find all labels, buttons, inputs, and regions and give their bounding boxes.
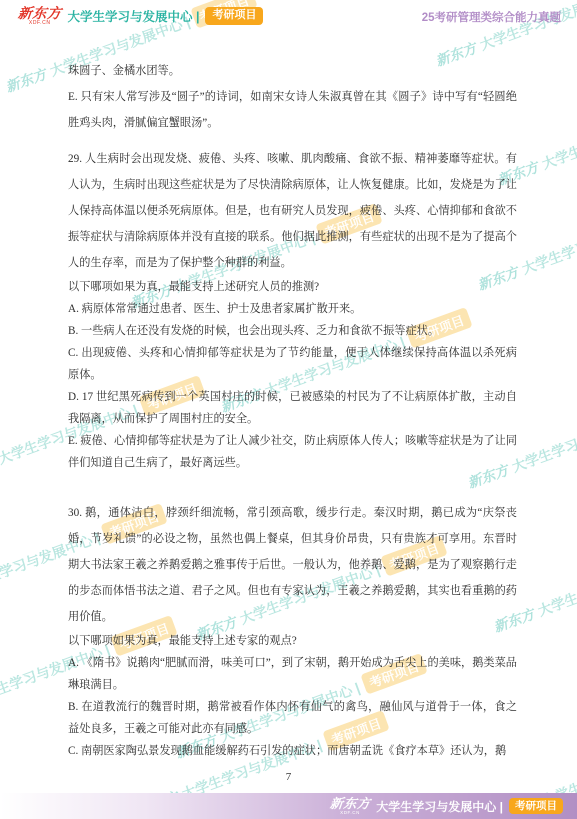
- footer-logo-domain-text: XDF.CN: [340, 811, 360, 816]
- question-29-option-d: D. 17 世纪黑死病传到一个英国村庄的时候，已被感染的村民为了不让病原体扩散，…: [68, 386, 517, 430]
- footer-brand: 新东方 XDF.CN 大学生学习与发展中心 | 考研项目: [330, 797, 563, 816]
- logo-wordmark: 新东方: [17, 6, 62, 20]
- footer-kaoyan-project-badge: 考研项目: [509, 798, 563, 814]
- question-29-option-a: A. 病原体常常通过患者、医生、护士及患者家属扩散开来。: [68, 298, 517, 320]
- footer-logo-wordmark: 新东方: [329, 797, 371, 810]
- kaoyan-project-badge: 考研项目: [205, 7, 263, 24]
- footer-center-name: 大学生学习与发展中心 |: [376, 798, 503, 815]
- center-name: 大学生学习与发展中心 |: [68, 7, 200, 25]
- brand: 新东方 XDF.CN 大学生学习与发展中心 | 考研项目: [18, 6, 263, 26]
- page-footer: 新东方 XDF.CN 大学生学习与发展中心 | 考研项目: [0, 793, 577, 819]
- exam-title: 25考研管理类综合能力真题: [422, 9, 561, 25]
- question-30-prompt: 以下哪项如果为真，最能支持上述专家的观点?: [68, 630, 517, 652]
- question-30-stem: 30. 鹅，通体洁白，脖颈纤细流畅，常引颈高歌，缓步行走。秦汉时期，鹅已成为“庆…: [68, 500, 517, 630]
- xdf-logo: 新东方 XDF.CN: [18, 6, 62, 26]
- previous-question-option-e: E. 只有宋人常写涉及“圆子”的诗词，如南宋女诗人朱淑真曾在其《圆子》诗中写有“…: [68, 84, 517, 136]
- question-29-option-b: B. 一些病人在还没有发烧的时候，也会出现头疼、乏力和食欲不振等症状。: [68, 320, 517, 342]
- exam-content: 珠圆子、金橘水团等。 E. 只有宋人常写涉及“圆子”的诗词，如南宋女诗人朱淑真曾…: [68, 58, 517, 762]
- question-30-option-c: C. 南朝医家陶弘景发现鹅血能缓解药石引发的症状；而唐朝孟诜《食疗本草》还认为，…: [68, 740, 517, 762]
- footer-xdf-logo: 新东方 XDF.CN: [330, 797, 371, 816]
- question-29-option-e: E. 疲倦、心情抑郁等症状是为了让人减少社交，防止病原体人传人；咳嗽等症状是为了…: [68, 430, 517, 474]
- logo-domain-text: XDF.CN: [29, 21, 51, 26]
- question-30-option-b: B. 在道教流行的魏晋时期，鹅常被看作体内怀有仙气的禽鸟，融仙风与道骨于一体，食…: [68, 696, 517, 740]
- question-29-prompt: 以下哪项如果为真，最能支持上述研究人员的推测?: [68, 276, 517, 298]
- question-30-option-a: A. 《隋书》说鹅肉“肥腻而滑，味美可口”，到了宋朝，鹅开始成为舌尖上的美味，鹅…: [68, 652, 517, 696]
- question-29-stem: 29. 人生病时会出现发烧、疲倦、头疼、咳嗽、肌肉酸痛、食欲不振、精神萎靡等症状…: [68, 146, 517, 276]
- page-number: 7: [0, 771, 577, 783]
- page-header: 新东方 XDF.CN 大学生学习与发展中心 | 考研项目 25考研管理类综合能力…: [18, 6, 561, 26]
- previous-question-continuation: 珠圆子、金橘水团等。: [68, 58, 517, 84]
- document-page: 新东方大学生学习与发展中心 |考研项目新东方大学生学习与发展中心 |考研项目新东…: [0, 0, 577, 819]
- question-29-option-c: C. 出现疲倦、头疼和心情抑郁等症状是为了节约能量，便于人体继续保持高体温以杀死…: [68, 342, 517, 386]
